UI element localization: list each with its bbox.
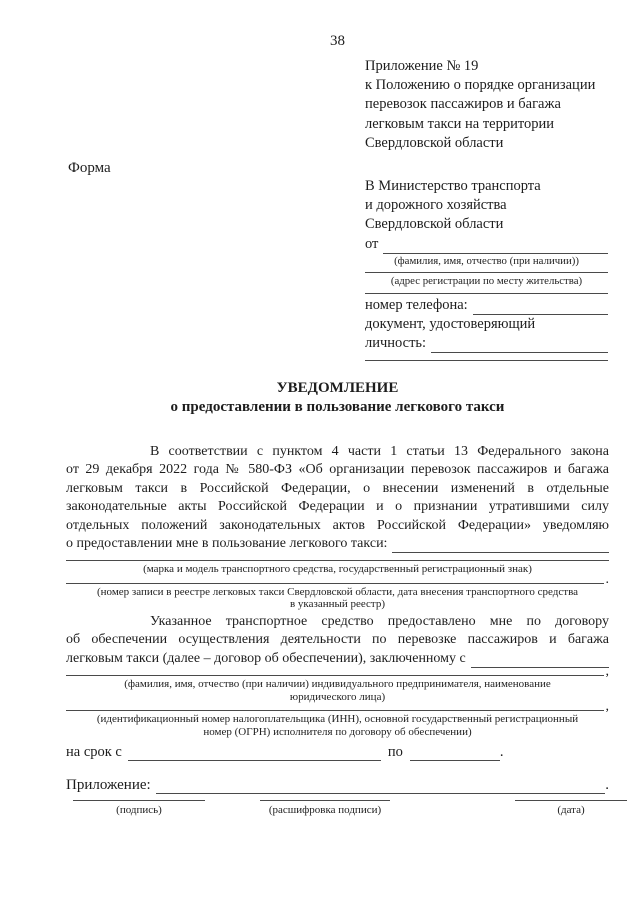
signature-block: (подпись) (расшифровка подписи) (дата) [66,800,626,840]
title-subtitle: о предоставлении в пользование легкового… [66,398,609,417]
appendix-line: Приложение № 19 [365,57,615,76]
taxi-use-label: о предоставлении мне в пользование легко… [66,535,387,553]
document-page: 38 Приложение № 19 к Положению о порядке… [0,0,640,905]
signature-date-field: (дата) [515,800,627,817]
form-label: Форма [68,160,111,177]
blank-phone-number [473,298,608,315]
blank-attachment [156,777,606,794]
paragraph-line: легковым такси (далее – договор об обесп… [66,650,609,668]
addressee-block: В Министерство транспорта и дорожного хо… [365,177,608,363]
blank-term-end-date [410,744,500,761]
blank-inn-line: , [66,705,609,711]
paragraph-line: законодательные акты Российской Федераци… [66,498,609,516]
blank-vehicle-line [66,555,609,561]
blank-taxi-info [392,536,609,553]
paragraph-line: В соответствии с пунктом 4 части 1 стать… [66,443,609,461]
caption-signature-name: (расшифровка подписи) [260,800,390,817]
phone-label: номер телефона: [365,296,468,315]
caption-contractor-line2: юридического лица) [66,691,609,704]
addressee-line: В Министерство транспорта [365,177,608,196]
attachment-end-mark: . [605,776,609,794]
blank-registry-line: . [66,578,609,584]
title-main: УВЕДОМЛЕНИЕ [66,379,609,398]
paragraph-line: легковым такси в Российской Федерации, о… [66,480,609,498]
notification-body: В соответствии с пунктом 4 части 1 стать… [66,443,609,794]
appendix-line: к Положению о порядке организации [365,76,615,95]
paragraph-line: о предоставлении мне в пользование легко… [66,535,609,553]
blank-line [365,289,608,294]
from-row: от [365,235,608,254]
term-middle: по [388,743,403,761]
term-prefix: на срок с [66,743,122,761]
appendix-block: Приложение № 19 к Положению о порядке ор… [365,57,615,153]
paragraph-line: отдельных положений законодательных акто… [66,517,609,535]
caption-inn-line2: номер (ОГРН) исполнителя по договору об … [66,726,609,739]
page-number: 38 [330,33,345,50]
identity-label: личность: [365,334,426,353]
term-row: на срок с по . [66,742,609,761]
blank-contractor [471,651,609,668]
identity-row: личность: [365,334,608,353]
appendix-line: перевозок пассажиров и багажа [365,95,615,114]
document-title: УВЕДОМЛЕНИЕ о предоставлении в пользован… [66,379,609,417]
signature-field: (подпись) [73,800,205,817]
signature-name-field: (расшифровка подписи) [260,800,390,817]
caption-applicant-name: (фамилия, имя, отчество (при наличии)) [365,255,608,268]
caption-registration-address: (адрес регистрации по месту жительства) [365,275,608,288]
line-end-mark: , [604,668,610,676]
paragraph-line: от 29 декабря 2022 года № 580-ФЗ «Об орг… [66,461,609,479]
paragraph-line: об обеспечении осуществления деятельност… [66,631,609,649]
blank-contractor-line: , [66,670,609,676]
caption-date: (дата) [515,800,627,817]
attachment-label: Приложение: [66,776,151,794]
blank-line [365,353,608,361]
term-end-mark: . [500,743,504,761]
caption-registry-line1: (номер записи в реестре легковых такси С… [66,586,609,599]
line-end-mark: . [604,576,610,584]
caption-contractor-line1: (фамилия, имя, отчество (при наличии) ин… [66,678,609,691]
caption-signature: (подпись) [73,800,205,817]
identity-doc-label: документ, удостоверяющий [365,315,608,334]
from-label: от [365,235,378,254]
caption-vehicle: (марка и модель транспортного средства, … [66,563,609,576]
paragraph-line: Указанное транспортное средство предоста… [66,613,609,631]
blank-line [365,268,608,273]
caption-registry-line2: в указанный реестр) [66,598,609,611]
appendix-line: Свердловской области [365,134,615,153]
caption-inn-line1: (идентификационный номер налогоплательщи… [66,713,609,726]
addressee-line: Свердловской области [365,215,608,234]
blank-term-start-date [128,744,381,761]
blank-applicant-name [383,237,608,254]
line-end-mark: , [604,703,610,711]
contract-label: легковым такси (далее – договор об обесп… [66,650,466,668]
appendix-line: легковым такси на территории [365,115,615,134]
blank-identity-doc [431,336,608,353]
attachment-row: Приложение: . [66,775,609,794]
phone-row: номер телефона: [365,296,608,315]
addressee-line: и дорожного хозяйства [365,196,608,215]
